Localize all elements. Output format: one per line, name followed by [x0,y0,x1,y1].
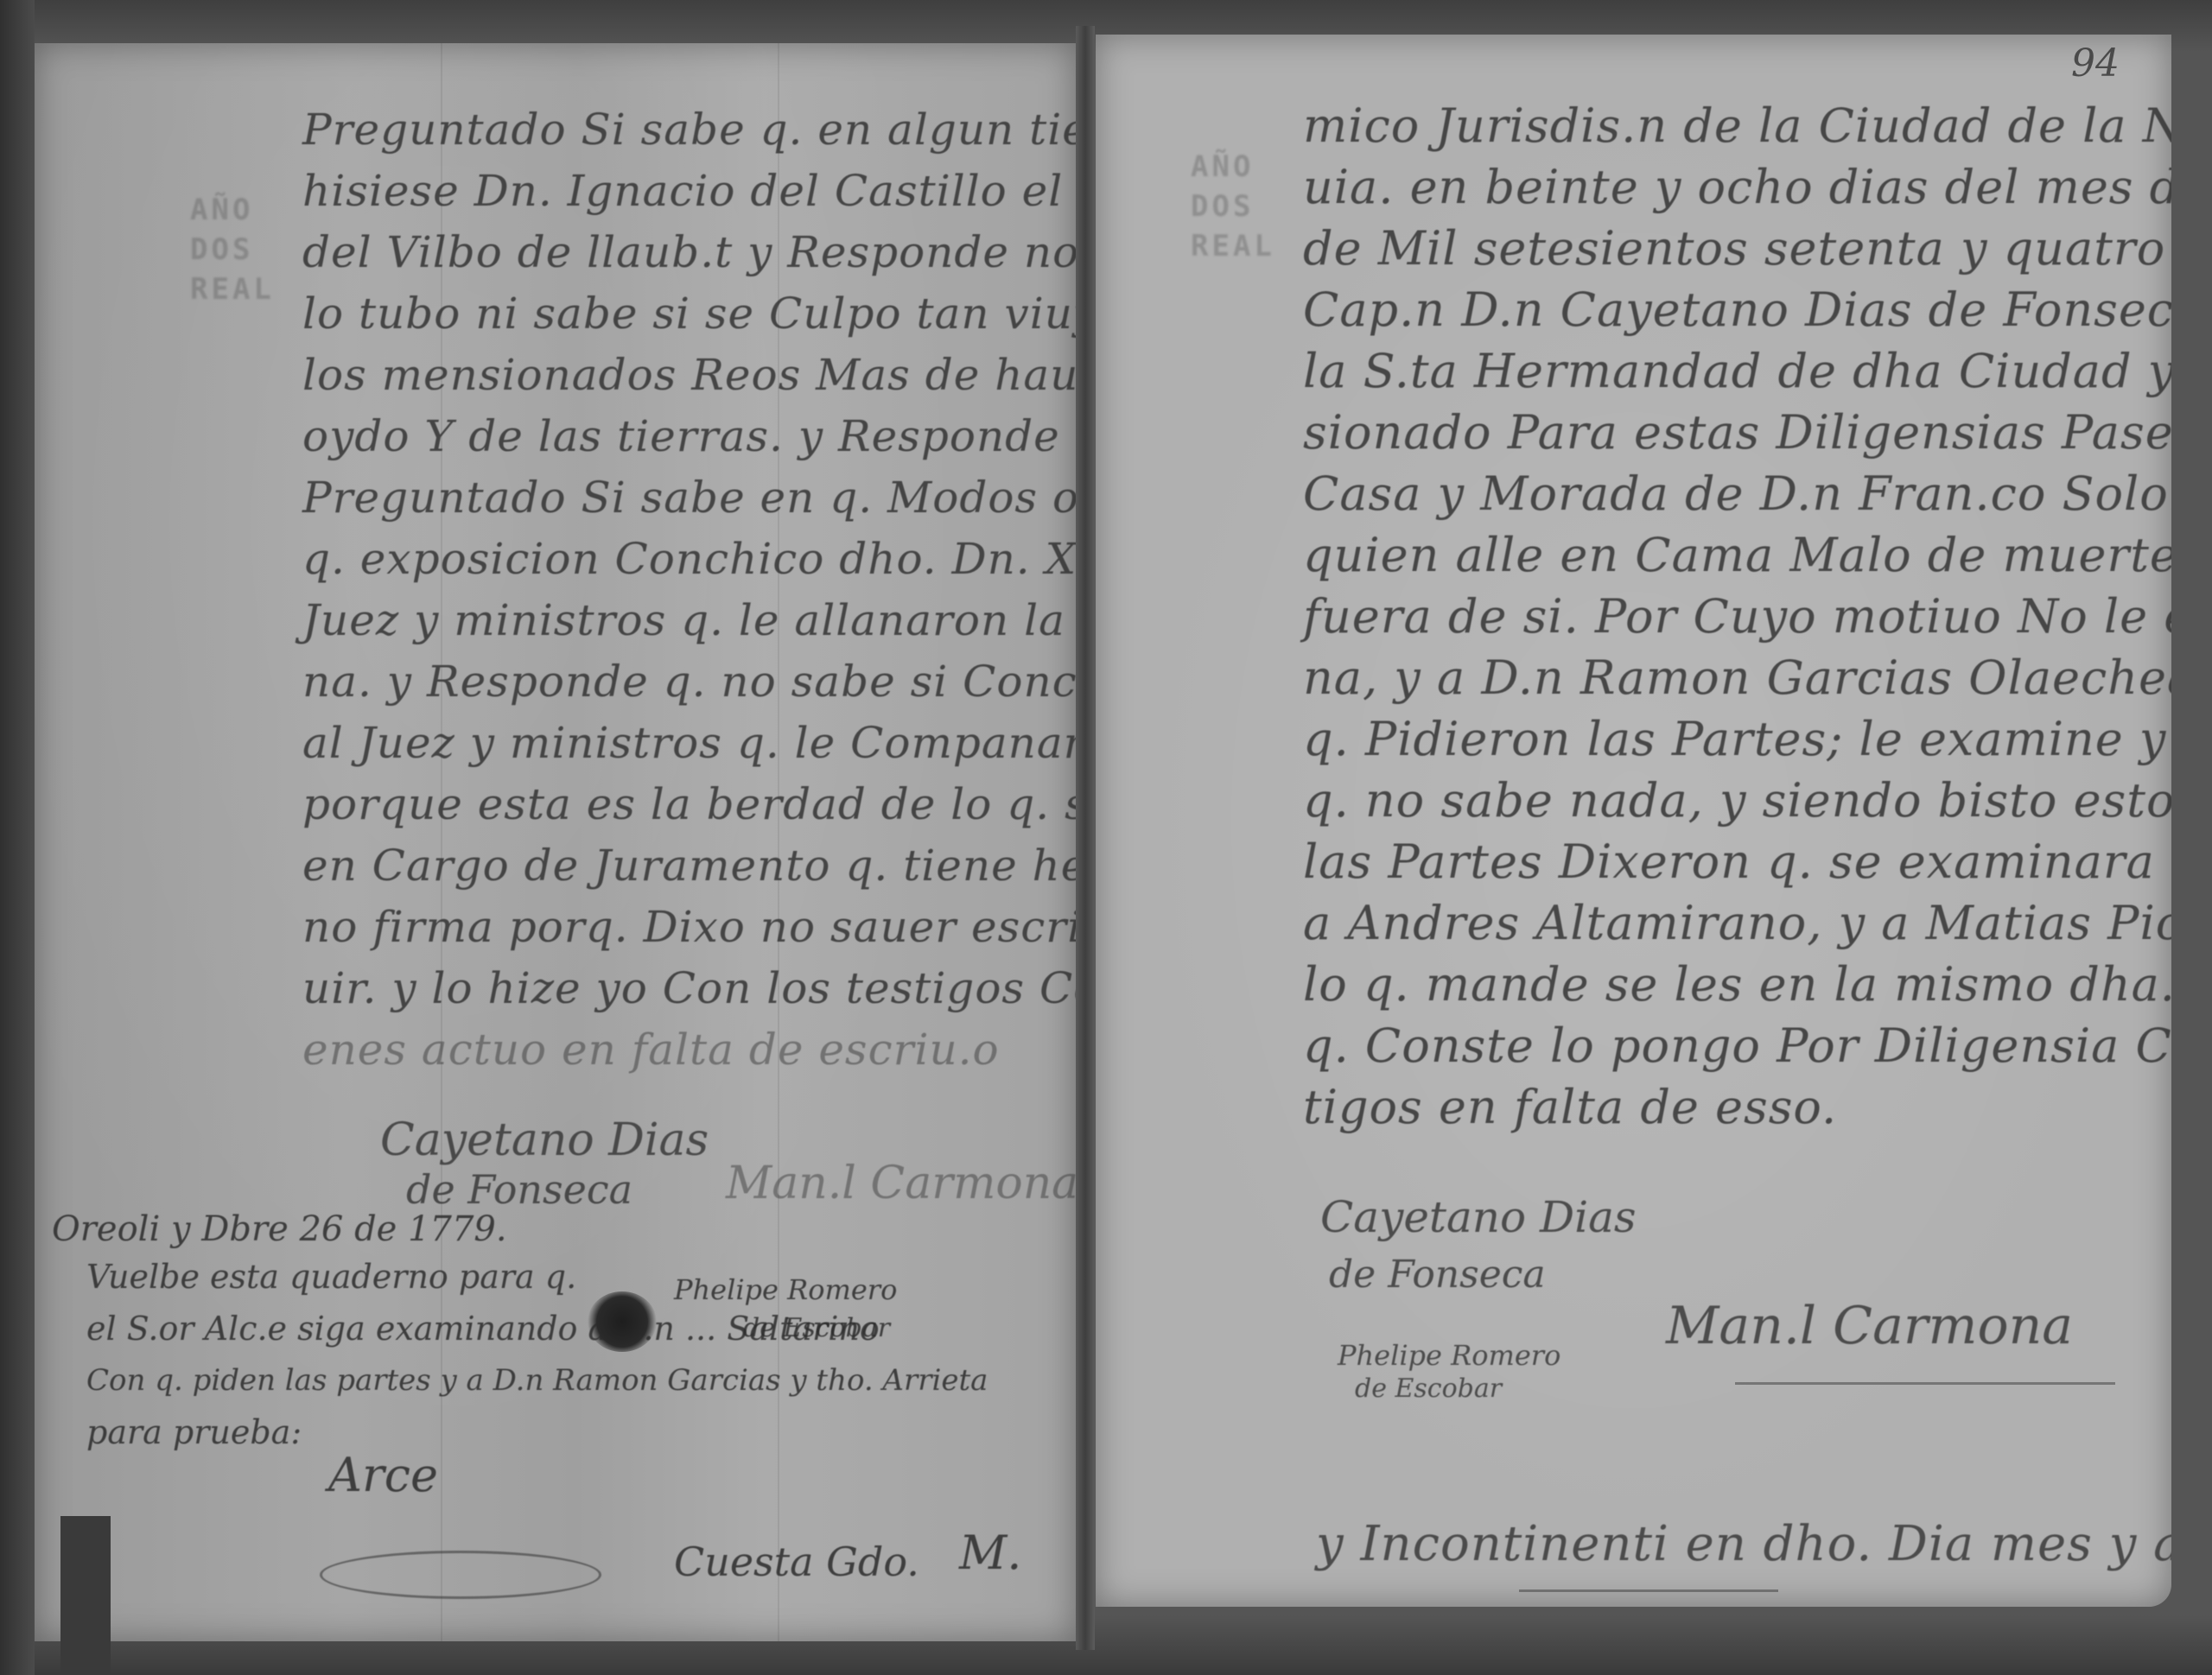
text-line: q. Conste lo pongo Por Diligensia Con te… [1303,1015,2150,1076]
auto-line: Vuelbe esta quaderno para q. [86,1253,576,1301]
text-line: q. exposicion Conchico dho. Dn. Xptoval … [302,529,1076,590]
folio-number: 94 [2071,41,2120,86]
text-line: enes actuo en falta de escriu.o [302,1019,1076,1081]
right-folio: 94 AÑO DOS REAL mico Jurisdis.n de la Ci… [1096,35,2171,1607]
text-line: mico Jurisdis.n de la Ciudad de la Nueba… [1303,95,2150,156]
text-line: las Partes Dixeron q. se examinara [1303,831,2150,892]
text-line: porque esta es la berdad de lo q. sabe [302,774,1076,835]
text-line: na, y a D.n Ramon Garcias Olaechea [1303,647,2150,708]
text-line: al Juez y ministros q. le Companaron [302,713,1076,774]
signature-manuel-carmona: Man.l Carmona [726,1158,1076,1209]
text-line: tigos en falta de esso. [1303,1076,2150,1138]
ink-blot [588,1291,657,1352]
signature-cayetano-dias: Cayetano Dias [1320,1192,1637,1242]
faded-stamp: AÑO DOS REAL [190,190,275,309]
text-line: uir. y lo hize yo Con los testigos Con q… [302,958,1076,1019]
closing-signature: Cuesta Gdo. [674,1538,919,1586]
text-line: Preguntado Si sabe en q. Modos o Con [302,467,1076,529]
right-body-text: mico Jurisdis.n de la Ciudad de la Nueba… [1303,95,2150,1138]
closing-line: y Incontinenti en dho. Dia mes y año. [1316,1516,2171,1572]
text-line: Casa y Morada de D.n Fran.co Solorzano a [1303,463,2150,524]
rubric-flourish [320,1551,601,1599]
text-line: no firma porq. Dixo no sauer escri [302,897,1076,958]
left-folio: AÑO DOS REAL Preguntado Si sabe q. en al… [35,43,1076,1641]
film-tab [60,1516,111,1675]
signature-cayetano-dias: Cayetano Dias [380,1114,709,1166]
left-body-text: Preguntado Si sabe q. en algun tiempo hi… [302,99,1076,1081]
auto-date-line: Oreoli y Dbre 26 de 1779. [52,1205,507,1253]
text-line: oydo Y de las tierras. y Responde [302,406,1076,467]
text-line: lo tubo ni sabe si se Culpo tan viuy Con [302,283,1076,345]
auto-line: para prueba: [86,1408,302,1456]
text-line: en Cargo de Juramento q. tiene hecho [302,835,1076,897]
signature-underline [1735,1382,2115,1385]
text-line: sionado Para estas Diligensias Pase a la [1303,402,2150,463]
text-line: Cap.n D.n Cayetano Dias de Fonseca Alcal… [1303,279,2150,340]
text-line: quien alle en Cama Malo de muerte y [1303,524,2150,586]
signature-de-escobar: de Escobar [1355,1374,1502,1404]
text-line: Juez y ministros q. le allanaron la casa [302,590,1076,651]
text-line: na. y Responde q. no sabe si Conchico [302,651,1076,713]
signature-manuel-carmona: Man.l Carmona [1666,1296,2073,1356]
side-name: de Escobar [743,1304,890,1353]
faded-stamp: AÑO DOS REAL [1191,147,1275,266]
closing-signature: M. [959,1529,1021,1577]
text-line: la S.ta Hermandad de dha Ciudad y Juez C… [1303,340,2150,402]
film-edge [0,0,35,1675]
text-line: lo q. mande se les en la mismo dha. y Pa [1303,954,2150,1015]
signature-phelipe-romero: Phelipe Romero [1338,1339,1560,1372]
text-line: a Andres Altamirano, y a Matias Picado [1303,892,2150,954]
text-line: uia. en beinte y ocho dias del mes de No… [1303,156,2150,218]
closing-signature: Arce [328,1451,438,1500]
book-gutter [1076,26,1095,1650]
text-line: hisiese Dn. Ignacio del Castillo el hurt… [302,161,1076,222]
text-line: fuera de si. Por Cuyo motiuo No le exami… [1303,586,2150,647]
closing-underline [1519,1589,1778,1592]
text-line: los mensionados Reos Mas de hauerlo [302,345,1076,406]
text-line: de Mil setesientos setenta y quatro as. … [1303,218,2150,279]
auto-line: Con q. piden las partes y a D.n Ramon Ga… [86,1356,988,1405]
text-line: q. Pidieron las Partes; le examine y Dix… [1303,708,2150,770]
text-line: del Vilbo de llaub.t y Responde no sabe … [302,222,1076,283]
text-line: Preguntado Si sabe q. en algun tiempo [302,99,1076,161]
text-line: q. no sabe nada, y siendo bisto esto Pa [1303,770,2150,831]
signature-de-fonseca: de Fonseca [1329,1253,1546,1297]
